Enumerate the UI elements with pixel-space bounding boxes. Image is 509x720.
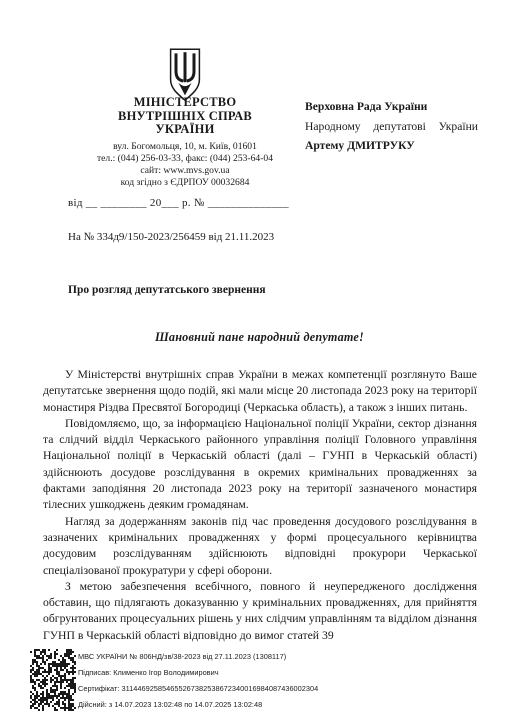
subject-line: Про розгляд депутатського звернення xyxy=(68,284,266,296)
letter-body: У Міністерстві внутрішніх справ України … xyxy=(43,367,477,644)
addressee-block: Верховна Рада України Народному депутато… xyxy=(305,97,478,156)
ministry-name: МІНІСТЕРСТВО ВНУТРІШНІХ СПРАВ УКРАЇНИ xyxy=(60,96,310,137)
ministry-name-line-2: ВНУТРІШНІХ СПРАВ xyxy=(60,110,310,124)
ministry-phone: тел.: (044) 256-03-33, факс: (044) 253-6… xyxy=(45,153,325,165)
outgoing-date-number-line: від __ ________ 20___ р. № _____________… xyxy=(68,197,289,209)
ministry-edrpou-code: код згідно з ЄДРПОУ 00032684 xyxy=(45,177,325,189)
ministry-name-line-1: МІНІСТЕРСТВО xyxy=(60,96,310,110)
ministry-name-line-3: УКРАЇНИ xyxy=(60,123,310,137)
ministry-address: вул. Богомольця, 10, м. Київ, 01601 xyxy=(45,141,325,153)
stamp-signed-by-line: Підписав: Клименко Ігор Володимирович xyxy=(78,665,478,681)
salutation: Шановний пане народний депутате! xyxy=(42,330,477,345)
addressee-title: Народному депутатові України xyxy=(305,117,478,137)
stamp-registration-line: МВС УКРАЇНИ № 806НД/зв/38-2023 від 27.11… xyxy=(78,649,478,665)
addressee-institution: Верховна Рада України xyxy=(305,97,478,117)
qr-code-stamp xyxy=(30,649,76,711)
body-paragraph-1: У Міністерстві внутрішніх справ України … xyxy=(43,367,477,416)
body-paragraph-3: Нагляд за додержанням законів під час пр… xyxy=(43,514,477,579)
body-paragraph-4: З метою забезпечення всебічного, повного… xyxy=(43,579,477,644)
stamp-validity-line: Дійсний: з 14.07.2023 13:02:48 по 14.07.… xyxy=(78,697,478,713)
ministry-website: сайт: www.mvs.gov.ua xyxy=(45,165,325,177)
signature-stamp-block: МВС УКРАЇНИ № 806НД/зв/38-2023 від 27.11… xyxy=(78,649,478,713)
ministry-contacts: вул. Богомольця, 10, м. Київ, 01601 тел.… xyxy=(45,141,325,189)
body-paragraph-2: Повідомляємо, що, за інформацією Націона… xyxy=(43,416,477,514)
stamp-certificate-line: Сертифікат: 3114469258546552673825386723… xyxy=(78,681,478,697)
addressee-name: Артему ДМИТРУКУ xyxy=(305,136,478,156)
document-page: МІНІСТЕРСТВО ВНУТРІШНІХ СПРАВ УКРАЇНИ ву… xyxy=(0,0,509,720)
incoming-reference-line: На № 334д9/150-2023/256459 від 21.11.202… xyxy=(68,231,274,243)
